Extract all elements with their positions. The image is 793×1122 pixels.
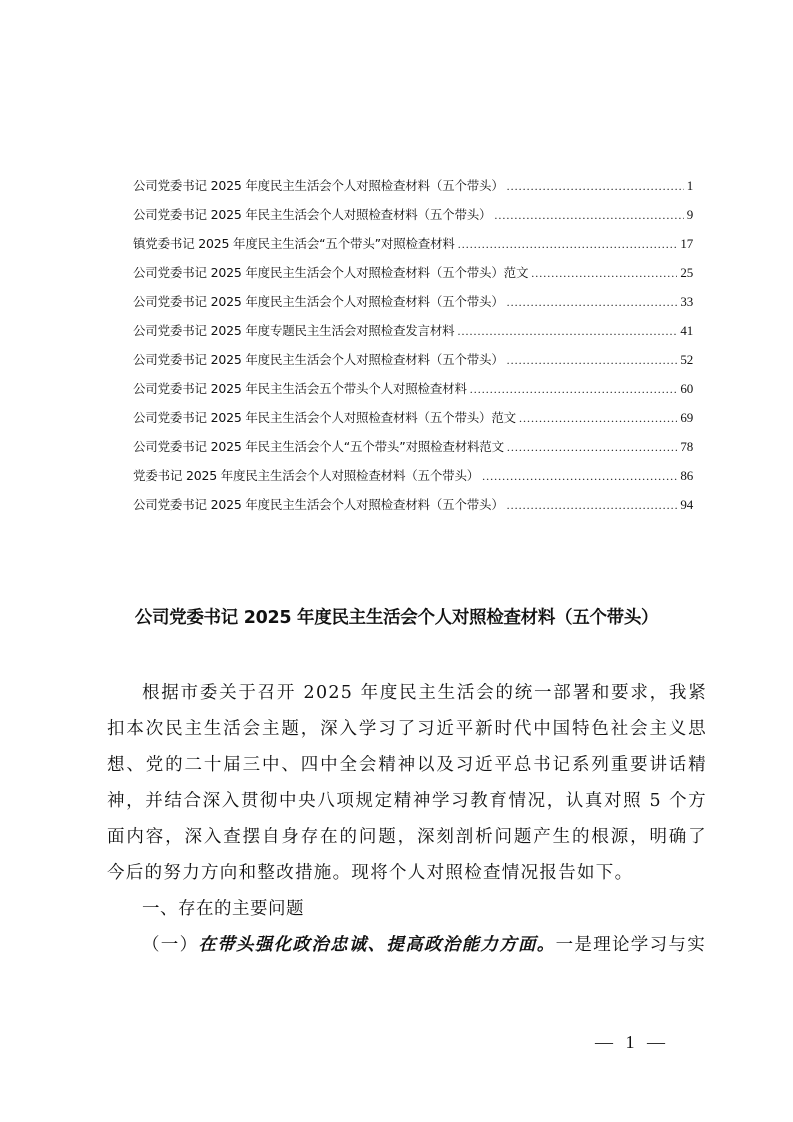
subsection-heading: （一）在带头强化政治忠诚、提高政治能力方面。一是理论学习与实 bbox=[107, 927, 707, 963]
toc-entry-title: 公司党委书记 2025 年民主生活会个人“五个带头”对照检查材料范文 bbox=[133, 437, 504, 455]
toc-entry[interactable]: 公司党委书记 2025 年度民主生活会个人对照检查材料（五个带头）范文 25 bbox=[133, 263, 693, 292]
toc-entry-title: 公司党委书记 2025 年民主生活会个人对照检查材料（五个带头） bbox=[133, 205, 491, 223]
toc-leader-dots bbox=[470, 382, 678, 397]
toc-leader-dots bbox=[519, 411, 677, 426]
toc-entry[interactable]: 公司党委书记 2025 年度民主生活会个人对照检查材料（五个带头） 33 bbox=[133, 292, 693, 321]
toc-entry[interactable]: 公司党委书记 2025 年民主生活会五个带头个人对照检查材料 60 bbox=[133, 379, 693, 408]
toc-entry-page: 69 bbox=[680, 410, 693, 426]
toc-entry-page: 94 bbox=[680, 497, 693, 513]
toc-entry-page: 52 bbox=[680, 352, 693, 368]
toc-entry[interactable]: 公司党委书记 2025 年民主生活会个人“五个带头”对照检查材料范文 78 bbox=[133, 437, 693, 466]
toc-entry[interactable]: 公司党委书记 2025 年民主生活会个人对照检查材料（五个带头） 9 bbox=[133, 205, 693, 234]
toc-leader-dots bbox=[494, 208, 683, 223]
toc-entry-title: 公司党委书记 2025 年度专题民主生活会对照检查发言材料 bbox=[133, 321, 454, 339]
toc-entry-page: 86 bbox=[680, 468, 693, 484]
toc-leader-dots bbox=[457, 324, 677, 339]
toc-entry-page: 1 bbox=[687, 178, 693, 194]
toc-entry-title: 公司党委书记 2025 年度民主生活会个人对照检查材料（五个带头） bbox=[133, 176, 504, 194]
toc-entry[interactable]: 公司党委书记 2025 年度民主生活会个人对照检查材料（五个带头） 52 bbox=[133, 350, 693, 379]
intro-paragraph: 根据市委关于召开 2025 年度民主生活会的统一部署和要求，我紧扣本次民主生活会… bbox=[107, 675, 707, 891]
toc-entry-page: 41 bbox=[680, 323, 693, 339]
toc-leader-dots bbox=[507, 353, 678, 368]
toc-entry-page: 25 bbox=[680, 265, 693, 281]
document-body: 根据市委关于召开 2025 年度民主生活会的统一部署和要求，我紧扣本次民主生活会… bbox=[107, 675, 707, 963]
toc-leader-dots bbox=[507, 295, 678, 310]
subsection-title: 在带头强化政治忠诚、提高政治能力方面。 bbox=[198, 935, 555, 955]
toc-entry-page: 60 bbox=[680, 381, 693, 397]
toc-entry-title: 公司党委书记 2025 年度民主生活会个人对照检查材料（五个带头） bbox=[133, 292, 504, 310]
toc-entry-page: 9 bbox=[687, 207, 693, 223]
toc-entry-title: 镇党委书记 2025 年度民主生活会“五个带头”对照检查材料 bbox=[133, 234, 455, 252]
toc-entry[interactable]: 镇党委书记 2025 年度民主生活会“五个带头”对照检查材料 17 bbox=[133, 234, 693, 263]
section-heading: 一、存在的主要问题 bbox=[107, 891, 707, 927]
toc-entry[interactable]: 党委书记 2025 年度民主生活会个人对照检查材料（五个带头） 86 bbox=[133, 466, 693, 495]
subsection-continuation: 一是理论学习与实 bbox=[556, 935, 706, 955]
toc-leader-dots bbox=[507, 440, 677, 455]
toc-entry-title: 公司党委书记 2025 年民主生活会个人对照检查材料（五个带头）范文 bbox=[133, 408, 516, 426]
toc-leader-dots bbox=[482, 469, 677, 484]
toc-leader-dots bbox=[531, 266, 677, 281]
toc-entry-title: 公司党委书记 2025 年度民主生活会个人对照检查材料（五个带头） bbox=[133, 495, 504, 513]
toc-entry-title: 公司党委书记 2025 年度民主生活会个人对照检查材料（五个带头） bbox=[133, 350, 504, 368]
document-title: 公司党委书记 2025 年度民主生活会个人对照检查材料（五个带头） bbox=[0, 604, 793, 629]
toc-entry[interactable]: 公司党委书记 2025 年度民主生活会个人对照检查材料（五个带头） 94 bbox=[133, 495, 693, 524]
toc-entry-title: 公司党委书记 2025 年度民主生活会个人对照检查材料（五个带头）范文 bbox=[133, 263, 528, 281]
toc-entry-title: 党委书记 2025 年度民主生活会个人对照检查材料（五个带头） bbox=[133, 466, 479, 484]
subsection-number: （一） bbox=[142, 935, 198, 955]
toc-entry-title: 公司党委书记 2025 年民主生活会五个带头个人对照检查材料 bbox=[133, 379, 467, 397]
toc-leader-dots bbox=[507, 498, 678, 513]
table-of-contents: 公司党委书记 2025 年度民主生活会个人对照检查材料（五个带头） 1 公司党委… bbox=[133, 176, 693, 524]
toc-leader-dots bbox=[458, 237, 678, 252]
toc-entry-page: 17 bbox=[680, 236, 693, 252]
toc-entry-page: 33 bbox=[680, 294, 693, 310]
toc-entry-page: 78 bbox=[680, 439, 693, 455]
toc-leader-dots bbox=[507, 179, 684, 194]
toc-entry[interactable]: 公司党委书记 2025 年度民主生活会个人对照检查材料（五个带头） 1 bbox=[133, 176, 693, 205]
page-number: — 1 — bbox=[592, 1032, 672, 1053]
toc-entry[interactable]: 公司党委书记 2025 年度专题民主生活会对照检查发言材料 41 bbox=[133, 321, 693, 350]
toc-entry[interactable]: 公司党委书记 2025 年民主生活会个人对照检查材料（五个带头）范文 69 bbox=[133, 408, 693, 437]
